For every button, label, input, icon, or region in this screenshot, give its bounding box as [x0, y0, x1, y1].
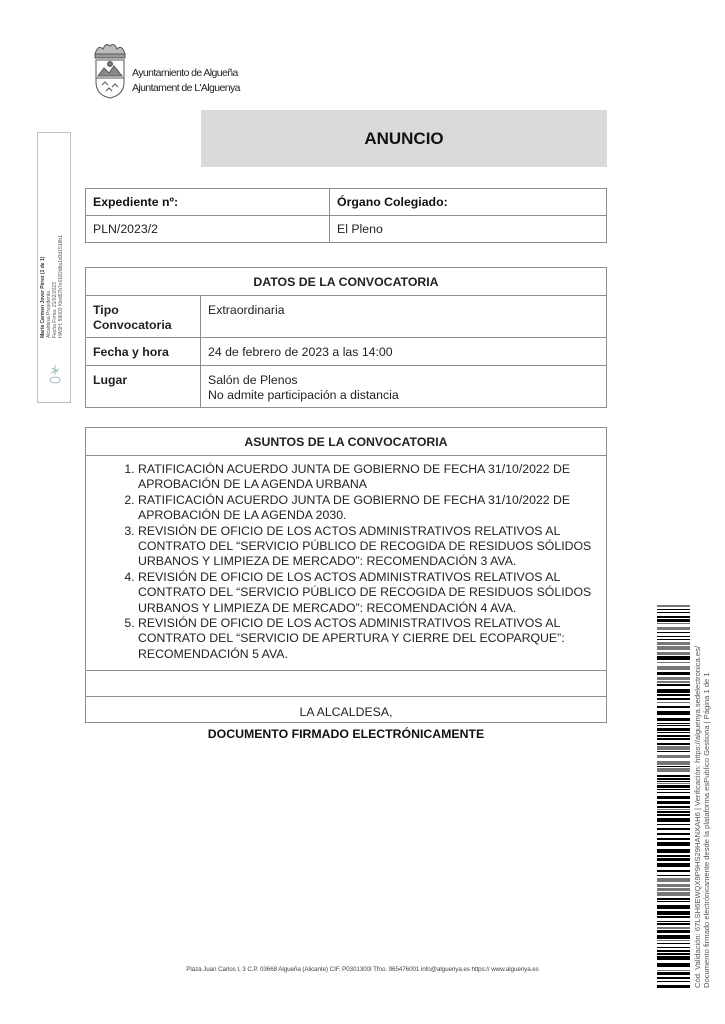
title-banner: ANUNCIO — [201, 110, 607, 167]
seal-icon — [47, 363, 63, 385]
expediente-value: PLN/2023/2 — [86, 216, 330, 243]
list-item: REVISIÓN DE OFICIO DE LOS ACTOS ADMINIST… — [138, 616, 596, 662]
page-title: ANUNCIO — [364, 129, 443, 149]
asuntos-heading: ASUNTOS DE LA CONVOCATORIA — [86, 428, 607, 456]
datos-convocatoria-table: DATOS DE LA CONVOCATORIA Tipo Convocator… — [85, 267, 607, 408]
datos-heading: DATOS DE LA CONVOCATORIA — [86, 268, 607, 296]
list-item: REVISIÓN DE OFICIO DE LOS ACTOS ADMINIST… — [138, 570, 596, 616]
coat-of-arms-icon — [90, 40, 130, 100]
fecha-label: Fecha y hora — [86, 338, 201, 366]
municipal-logo: Ayuntamiento de Algueña Ajuntament de L'… — [90, 40, 220, 100]
logo-text-es: Ayuntamiento de Algueña — [132, 67, 238, 79]
stamp-text: María Carmen Jover Pérez (1 de 1) Alcald… — [40, 148, 64, 338]
barcode — [657, 605, 690, 988]
expediente-table: Expediente nº: Órgano Colegiado: PLN/202… — [85, 188, 607, 243]
lugar-place: Salón de Plenos — [208, 373, 599, 388]
list-item: RATIFICACIÓN ACUERDO JUNTA DE GOBIERNO D… — [138, 493, 596, 524]
asuntos-list-cell: RATIFICACIÓN ACUERDO JUNTA DE GOBIERNO D… — [86, 456, 607, 671]
expediente-label: Expediente nº: — [86, 189, 330, 216]
organo-label: Órgano Colegiado: — [330, 189, 607, 216]
validation-code: Cód. Validación: 67LSH6EWQX9P9HS29HANXAH… — [693, 646, 702, 988]
electronic-signature-note: DOCUMENTO FIRMADO ELECTRÓNICAMENTE — [85, 727, 607, 741]
validation-text: Cód. Validación: 67LSH6EWQX9P9HS29HANXAH… — [693, 646, 711, 988]
list-item: RATIFICACIÓN ACUERDO JUNTA DE GOBIERNO D… — [138, 462, 596, 493]
table-row: Tipo Convocatoria Extraordinaria — [86, 296, 607, 338]
list-item: REVISIÓN DE OFICIO DE LOS ACTOS ADMINIST… — [138, 524, 596, 570]
lugar-label: Lugar — [86, 366, 201, 408]
footer-address: Plaza Juan Carlos I, 3 C.P. 03668 Algueñ… — [0, 966, 725, 973]
lugar-value: Salón de Plenos No admite participación … — [201, 366, 607, 408]
signature-stamp: María Carmen Jover Pérez (1 de 1) Alcald… — [37, 132, 71, 403]
table-row: Lugar Salón de Plenos No admite particip… — [86, 366, 607, 408]
signer-role: LA ALCALDESA, — [85, 705, 607, 719]
fecha-value: 24 de febrero de 2023 a las 14:00 — [201, 338, 607, 366]
validation-platform: Documento firmado electrónicamente desde… — [702, 646, 711, 988]
asuntos-list: RATIFICACIÓN ACUERDO JUNTA DE GOBIERNO D… — [86, 462, 596, 662]
tipo-label: Tipo Convocatoria — [86, 296, 201, 338]
organo-value: El Pleno — [330, 216, 607, 243]
lugar-note: No admite participación a distancia — [208, 388, 599, 403]
logo-text-va: Ajuntament de L'Alguenya — [132, 82, 240, 94]
asuntos-table: ASUNTOS DE LA CONVOCATORIA RATIFICACIÓN … — [85, 427, 607, 723]
stamp-hash: HASH: 59003 f0ed57b7e0182d8a1d3d1518b1 — [58, 148, 64, 338]
empty-row — [86, 671, 607, 697]
table-row: Fecha y hora 24 de febrero de 2023 a las… — [86, 338, 607, 366]
tipo-value: Extraordinaria — [201, 296, 607, 338]
